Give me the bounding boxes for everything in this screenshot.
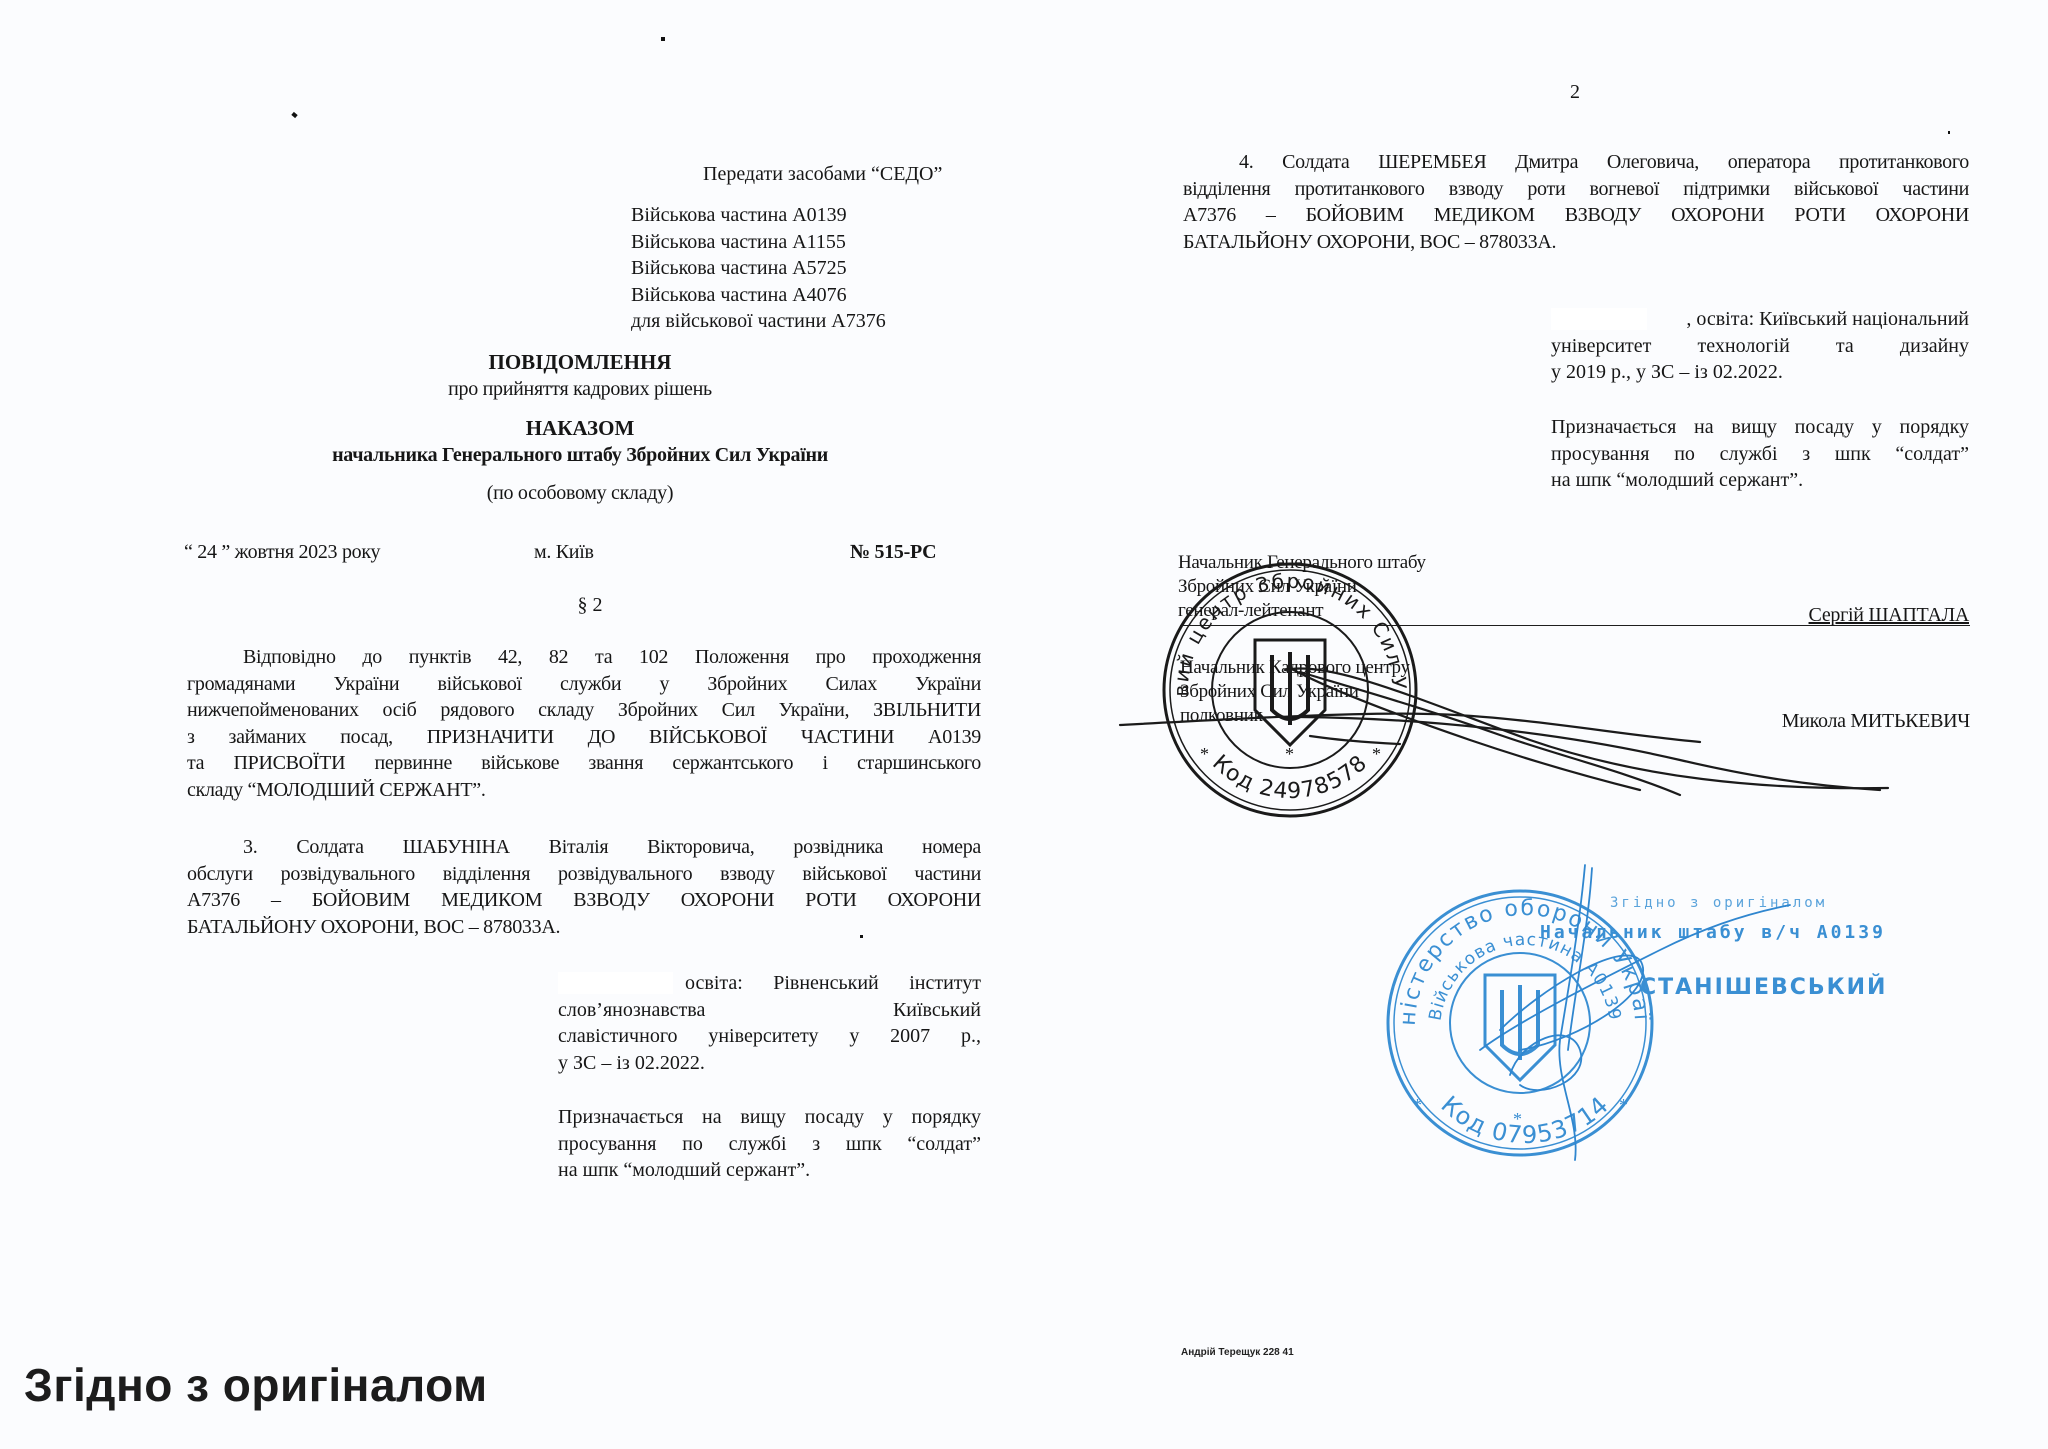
executor-note: Андрій Терещук 228 41 bbox=[1181, 1347, 1294, 1358]
blue-signature-scribble-icon bbox=[0, 0, 2048, 1449]
certified-copy-label: Згідно з оригіналом bbox=[24, 1358, 488, 1412]
